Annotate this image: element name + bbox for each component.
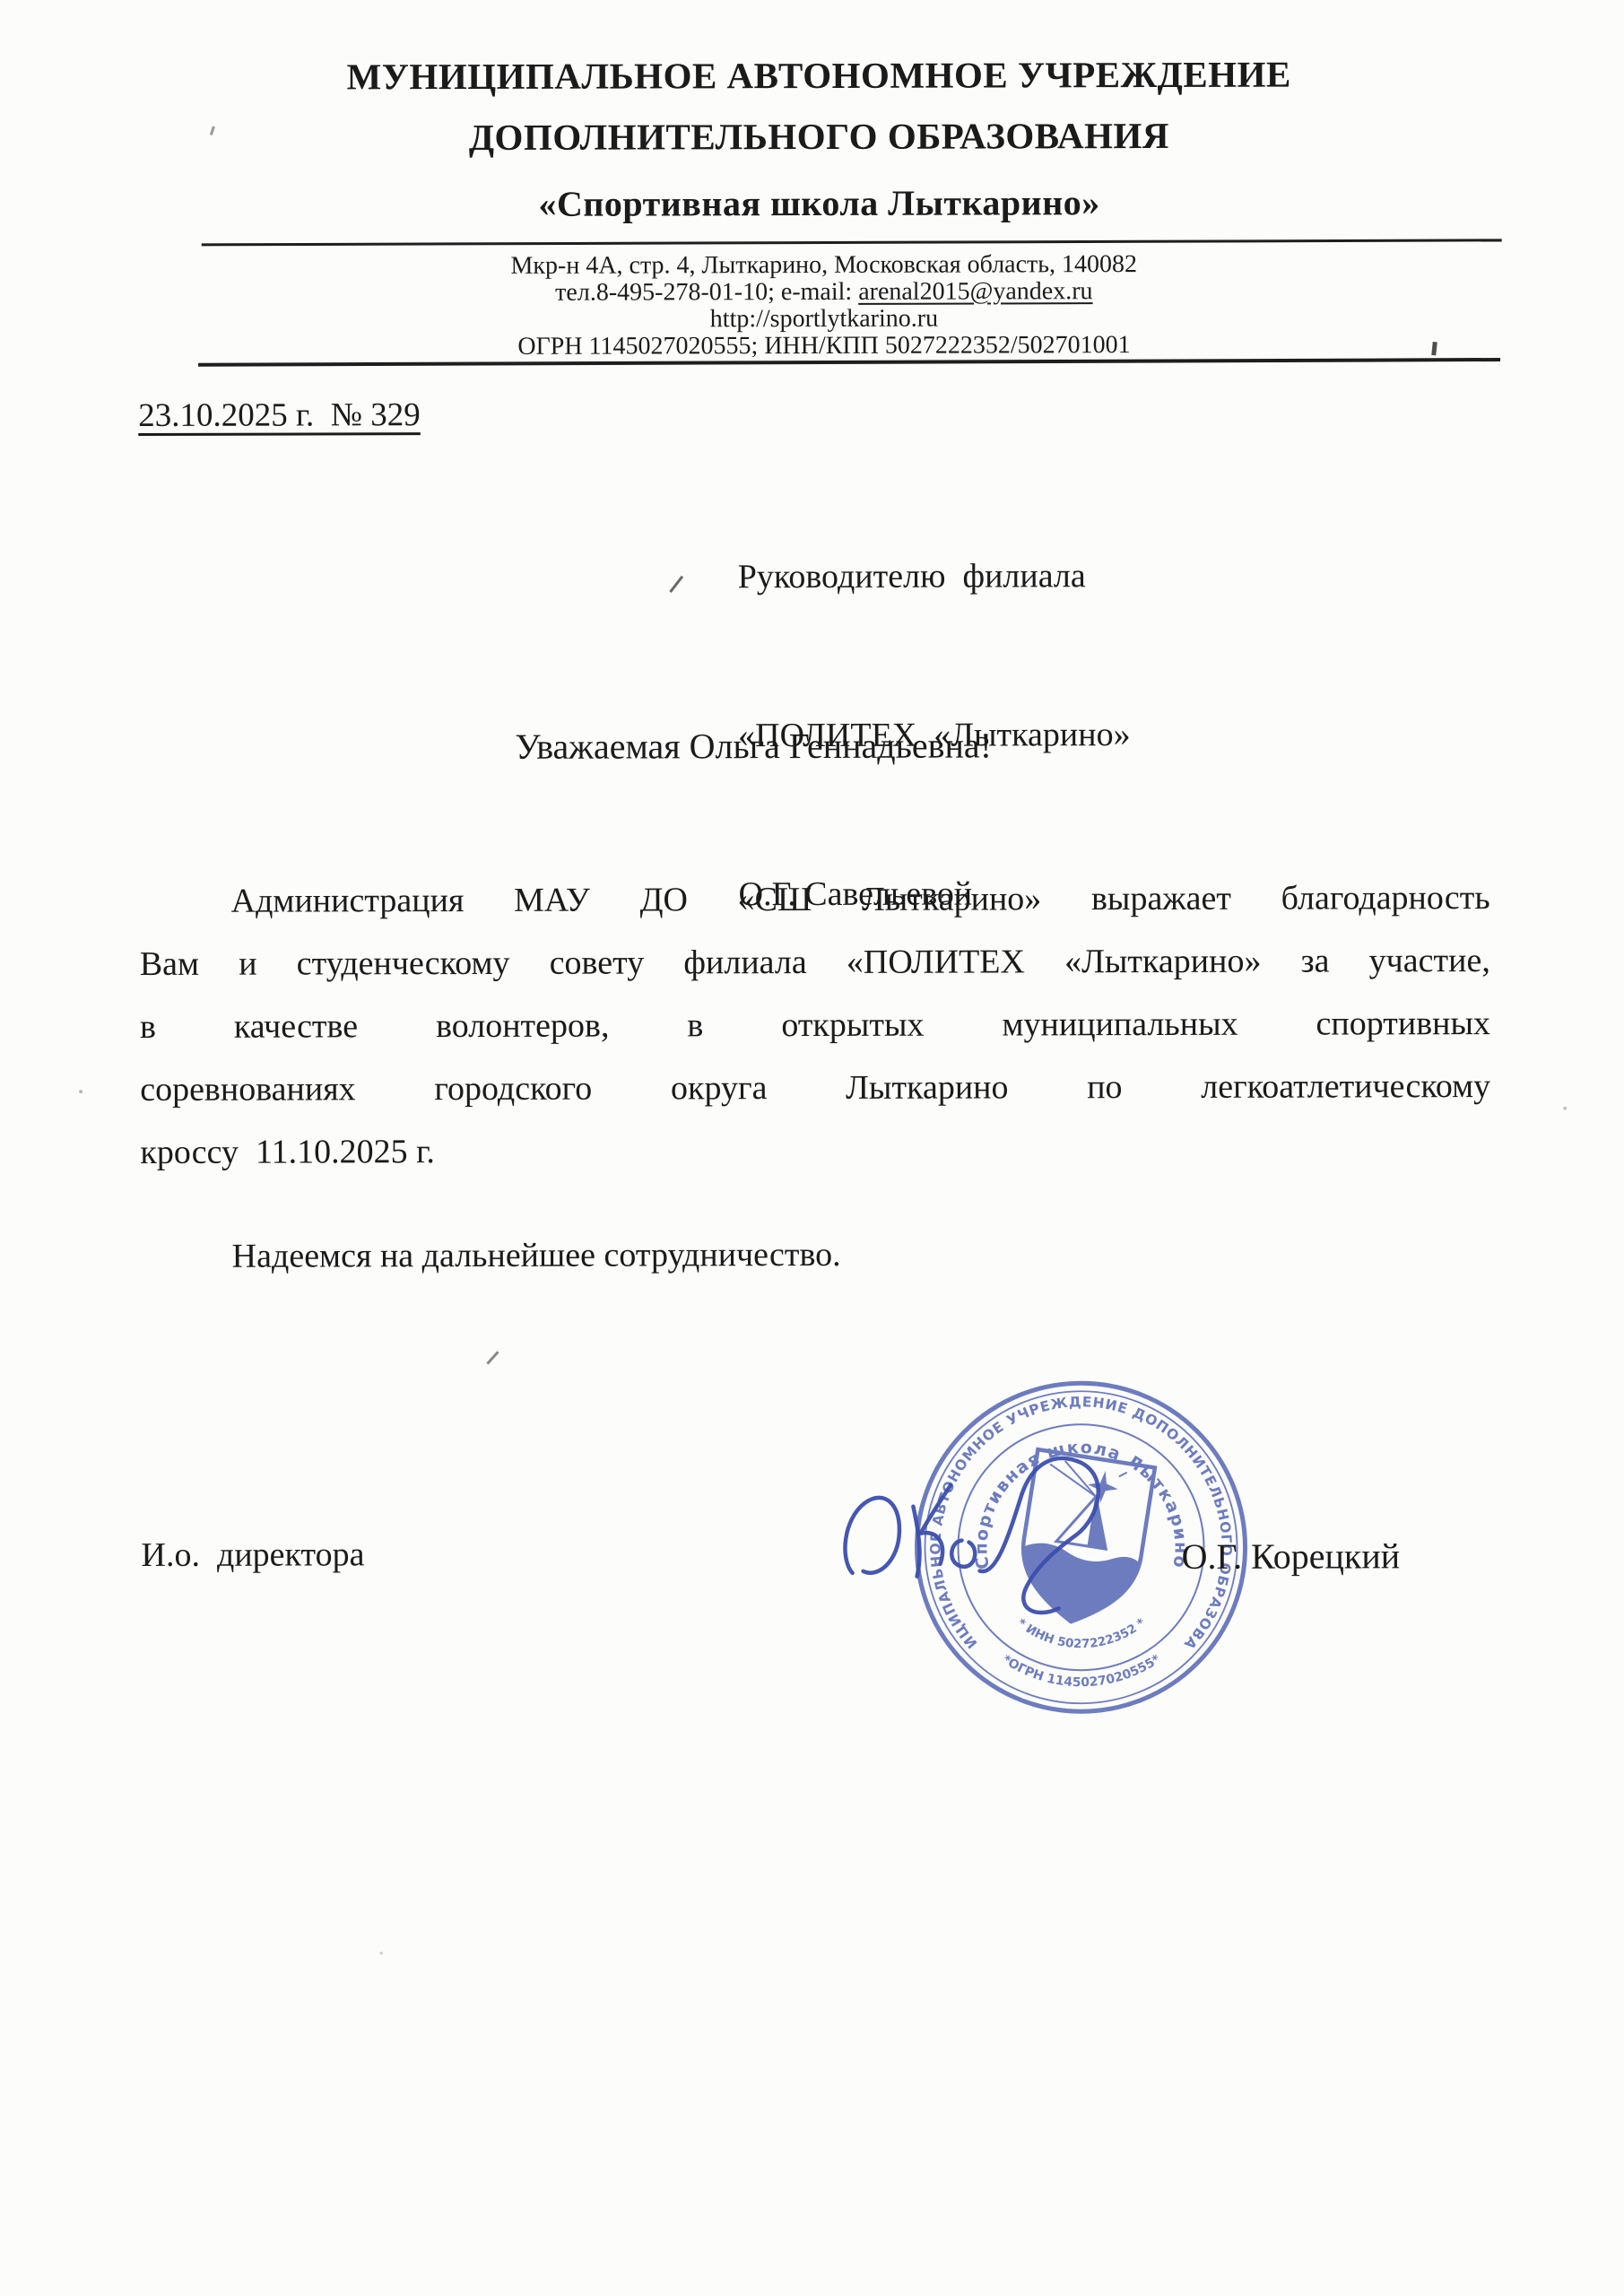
closing-sentence: Надеемся на дальнейшее сотрудничество.: [232, 1235, 841, 1276]
body-line: Администрация МАУ ДО «СШ Лыткарино» выра…: [231, 866, 1490, 933]
phone-label: тел.8-495-278-01-10; e-mail:: [555, 278, 858, 307]
recipient-title: Руководителю филиала: [738, 550, 1131, 604]
salutation: Уважаемая Ольга Геннадьевна!: [143, 723, 1363, 769]
letterhead: МУНИЦИПАЛЬНОЕ АВТОНОМНОЕ УЧРЕЖДЕНИЕ ДОПО…: [133, 43, 1506, 231]
registration-numbers: ОГРН 1145027020555; ИНН/КПП 5027222352/5…: [152, 331, 1497, 361]
org-name-line2: ДОПОЛНИТЕЛЬНОГО ОБРАЗОВАНИЯ: [133, 104, 1505, 169]
website: http://sportlytkarino.ru: [152, 304, 1497, 335]
scan-artifact: [1563, 1107, 1567, 1110]
signature-stroke: [845, 1498, 899, 1573]
letterhead-divider-top: [202, 239, 1502, 246]
body-line: кроссу 11.10.2025 г.: [140, 1118, 1490, 1184]
stamp-inn-text: * ИНН 5027222352 *: [1014, 1615, 1148, 1651]
coat-of-arms-shield: [1012, 1449, 1155, 1631]
letter-body: Администрация МАУ ДО «СШ Лыткарино» выра…: [140, 866, 1491, 1184]
org-name-line1: МУНИЦИПАЛЬНОЕ АВТОНОМНОЕ УЧРЕЖДЕНИЕ: [133, 43, 1505, 108]
phone-email-line: тел.8-495-278-01-10; e-mail: arenal2015@…: [152, 277, 1497, 308]
scan-artifact: [486, 1351, 499, 1364]
scan-artifact: [380, 1952, 383, 1954]
contact-block: Мкр-н 4А, стр. 4, Лыткарино, Московская …: [152, 250, 1497, 361]
body-line: соревнованиях городского округа Лыткарин…: [140, 1055, 1490, 1121]
email-address: arenal2015@yandex.ru: [858, 277, 1092, 306]
date-and-number: 23.10.2025 г. № 329: [138, 396, 421, 435]
scan-content: МУНИЦИПАЛЬНОЕ АВТОНОМНОЕ УЧРЕЖДЕНИЕ ДОПО…: [0, 0, 1624, 2296]
signer-name: О.Г. Корецкий: [1181, 1535, 1400, 1578]
org-name-line3: «Спортивная школа Лыткарино»: [133, 165, 1505, 231]
scanned-letter-page: МУНИЦИПАЛЬНОЕ АВТОНОМНОЕ УЧРЕЖДЕНИЕ ДОПО…: [0, 0, 1624, 2296]
body-line: Вам и студенческому совету филиала «ПОЛИ…: [140, 929, 1490, 996]
scan-artifact: [79, 1090, 83, 1093]
scan-artifact: [669, 576, 683, 593]
signer-title: И.о. директора: [141, 1535, 364, 1575]
signature-stroke: [951, 1541, 975, 1567]
body-line: в качестве волонтеров, в открытых муници…: [140, 992, 1490, 1058]
postal-address: Мкр-н 4А, стр. 4, Лыткарино, Московская …: [152, 250, 1497, 281]
